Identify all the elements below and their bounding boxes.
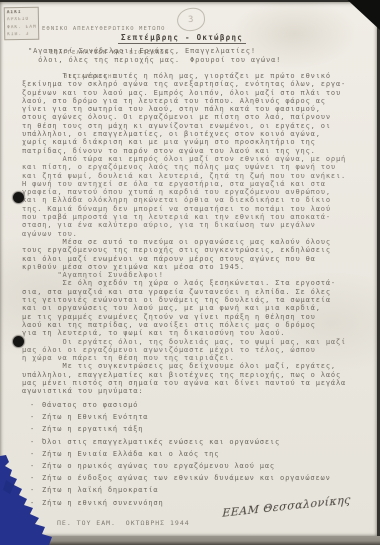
ink-blot-shape bbox=[0, 450, 70, 545]
slogan-text: Ζήτω ο ένδοξος αγώνας των εθνικών δυνάμε… bbox=[42, 474, 331, 482]
slogan-text: Θάνατος στο φασισμό bbox=[42, 401, 138, 409]
dash-bullet: - bbox=[30, 436, 42, 448]
punch-hole-top bbox=[13, 192, 24, 203]
paragraph: Από τώρα και εμπρός όλοι μαζί στον εθνικ… bbox=[22, 155, 362, 238]
stamp-box-line: ΑΡΧΕΙΟ bbox=[7, 17, 36, 23]
slogan-text: Ζήτω η εργατική τάξη bbox=[42, 425, 143, 433]
footer-reference: ΠΕ. ΤΟΥ ΕΑΜ. ΟΚΤΩΒΡΗΣ 1944 bbox=[57, 519, 190, 527]
paragraph: Τις μέρες αυτές η πόλη μας, γιορτάζει με… bbox=[22, 72, 362, 155]
slogan-item: -Ζήτω ο ένδοξος αγώνας των εθνικών δυνάμ… bbox=[30, 472, 331, 484]
paragraph: Οι εργάτες όλοι, της δουλειάς μας, το ψω… bbox=[22, 338, 362, 363]
stamp-box-line: ΚΙΒ. 3 bbox=[7, 32, 36, 38]
slogan-item: -Ζήτω η εργατική τάξη bbox=[30, 423, 331, 435]
body-text: Τις μέρες αυτές η πόλη μας, γιορτάζει με… bbox=[22, 72, 362, 396]
slogan-text: Όλοι στις επαγγελματικές ενώσεις και οργ… bbox=[42, 438, 280, 446]
page-number-annotation: 3 bbox=[188, 14, 194, 24]
scanned-document: ΑΣΚΙ ΑΡΧΕΙΟ ΦΑΚ. ΕΑΜ ΚΙΒ. 3 ΕΘΝΙΚΟ ΑΠΕΛΕ… bbox=[0, 0, 380, 545]
paragraph: Με τις συγκεντρώσεις μας δείχνουμε όλοι … bbox=[22, 362, 362, 395]
slogan-item: -Ζήτω ο ηρωικός αγώνας του εργαζόμενου λ… bbox=[30, 460, 331, 472]
dash-bullet: - bbox=[30, 423, 42, 435]
ink-blot-bottom-left bbox=[0, 450, 70, 545]
paragraph: Σε όλη σχεδόν τη χώρα ο λαός ξεσηκώνεται… bbox=[22, 279, 362, 337]
stamp-box-line: ΑΣΚΙ bbox=[7, 10, 36, 16]
slogans-list: -Θάνατος στο φασισμό -Ζήτω η Εθνική Ενότ… bbox=[30, 399, 331, 509]
scan-top-edge bbox=[0, 0, 380, 2]
slogan-text: Ζήτω ο ηρωικός αγώνας του εργαζόμενου λα… bbox=[42, 462, 275, 470]
slogan-item: -Ζήτω η Εθνική Ενότητα bbox=[30, 411, 331, 423]
slogan-item: -Ζήτω η λαϊκή δημοκρατία bbox=[30, 484, 331, 496]
archive-stamp-box: ΑΣΚΙ ΑΡΧΕΙΟ ΦΑΚ. ΕΑΜ ΚΙΒ. 3 bbox=[4, 7, 40, 41]
punch-hole-bottom bbox=[13, 336, 24, 347]
paragraph: Μέσα σε αυτό το πνεύμα οι οργανώσεις μας… bbox=[22, 238, 362, 271]
slogan-item: -Ζήτω η Ενιαία Ελλάδα και ο λαός της bbox=[30, 448, 331, 460]
salutation-lines: "Αγαπητοί Συνάδελφοι! Εργάτες, Επαγγελμα… bbox=[28, 47, 281, 64]
organisation-line-1: ΕΘΝΙΚΟ ΑΠΕΛΕΥΘΕΡΩΤΙΚΟ ΜΕΤΩΠΟ bbox=[42, 25, 169, 33]
slogan-item: -Θάνατος στο φασισμό bbox=[30, 399, 331, 411]
pencil-circle-annotation: 3 bbox=[176, 6, 207, 32]
paragraph: "Αγαπητοί Συνάδελφοι! bbox=[22, 271, 362, 279]
slogan-text: Ζήτω η Εθνική Ενότητα bbox=[42, 413, 148, 421]
dash-bullet: - bbox=[30, 411, 42, 423]
dash-bullet: - bbox=[30, 399, 42, 411]
slogan-item: -Όλοι στις επαγγελματικές ενώσεις και ορ… bbox=[30, 436, 331, 448]
stamp-box-line: ΦΑΚ. ΕΑΜ bbox=[7, 24, 36, 30]
document-title: Σεπτέμβρης - Οκτώβρης bbox=[118, 33, 246, 44]
